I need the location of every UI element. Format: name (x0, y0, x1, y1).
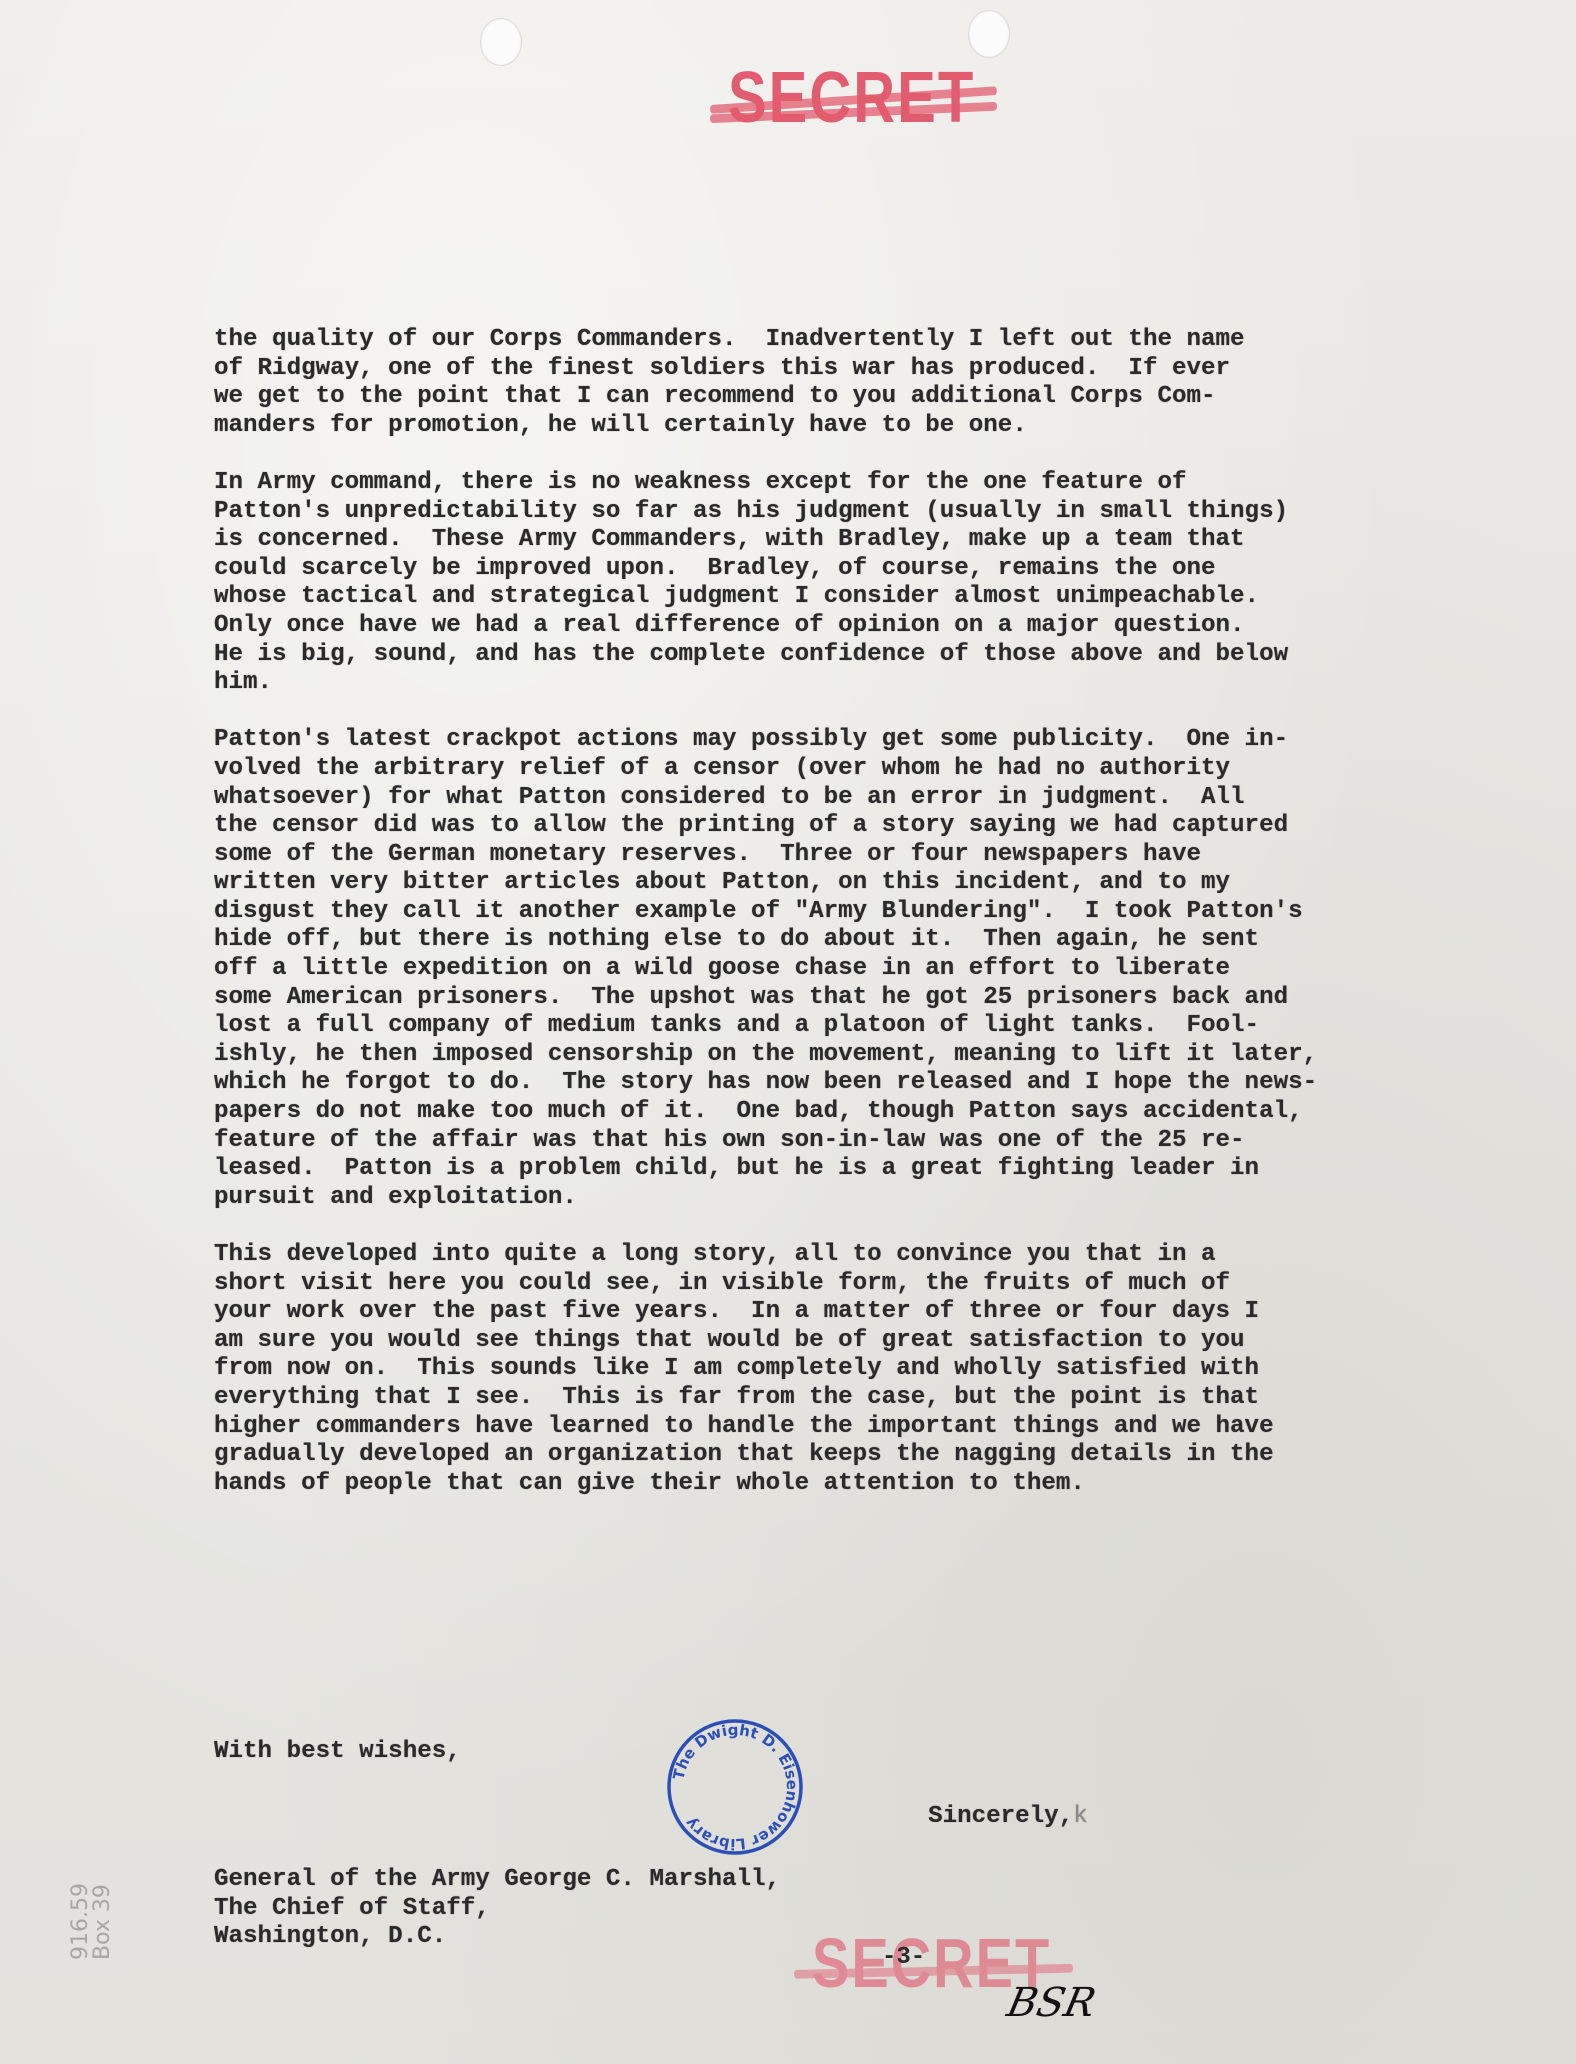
text-line: of Ridgway, one of the finest soldiers t… (214, 355, 1474, 384)
margin-note-line: 916.59 (70, 1883, 92, 1960)
addressee-block: General of the Army George C. Marshall,T… (214, 1866, 780, 1952)
text-line: whatsoever) for what Patton considered t… (214, 784, 1474, 813)
letter-body: the quality of our Corps Commanders. Ina… (214, 326, 1474, 1527)
text-line: from now on. This sounds like I am compl… (214, 1355, 1474, 1384)
pencil-margin-note: 916.59Box 39 (70, 1883, 114, 1960)
text-line: feature of the affair was that his own s… (214, 1127, 1474, 1156)
text-line: hands of people that can give their whol… (214, 1470, 1474, 1499)
text-line: written very bitter articles about Patto… (214, 869, 1474, 898)
closing-line: With best wishes, (214, 1738, 461, 1765)
page-number: -3- (882, 1944, 925, 1971)
text-line: papers do not make too much of it. One b… (214, 1098, 1474, 1127)
text-line: off a little expedition on a wild goose … (214, 955, 1474, 984)
paragraph: This developed into quite a long story, … (214, 1241, 1474, 1498)
text-line: leased. Patton is a problem child, but h… (214, 1155, 1474, 1184)
paragraph: the quality of our Corps Commanders. Ina… (214, 326, 1474, 440)
text-line: He is big, sound, and has the complete c… (214, 641, 1474, 670)
punch-hole (968, 10, 1010, 58)
library-seal-icon: The Dwight D. Eisenhower Library (664, 1716, 806, 1858)
text-line: Patton's latest crackpot actions may pos… (214, 726, 1474, 755)
text-line: This developed into quite a long story, … (214, 1241, 1474, 1270)
handwritten-initials: BSR (1003, 1980, 1100, 2026)
text-line: the quality of our Corps Commanders. Ina… (214, 326, 1474, 355)
text-line: him. (214, 669, 1474, 698)
text-line: hide off, but there is nothing else to d… (214, 926, 1474, 955)
text-line: could scarcely be improved upon. Bradley… (214, 555, 1474, 584)
text-line: whose tactical and strategical judgment … (214, 583, 1474, 612)
text-line: some of the German monetary reserves. Th… (214, 841, 1474, 870)
text-line: is concerned. These Army Commanders, wit… (214, 526, 1474, 555)
text-line: your work over the past five years. In a… (214, 1298, 1474, 1327)
text-line: gradually developed an organization that… (214, 1441, 1474, 1470)
text-line: manders for promotion, he will certainly… (214, 412, 1474, 441)
signoff-mark: k (1073, 1803, 1088, 1830)
text-line: we get to the point that I can recommend… (214, 383, 1474, 412)
signoff-text: Sincerely, (928, 1803, 1073, 1830)
signoff: Sincerely,k (870, 1776, 1088, 1857)
text-line: Only once have we had a real difference … (214, 612, 1474, 641)
text-line: the censor did was to allow the printing… (214, 812, 1474, 841)
text-line: pursuit and exploitation. (214, 1184, 1474, 1213)
text-line: short visit here you could see, in visib… (214, 1270, 1474, 1299)
document-page: SECRET the quality of our Corps Commande… (0, 0, 1576, 2064)
classification-stamp-top: SECRET (728, 56, 975, 140)
punch-hole (480, 18, 522, 66)
paragraph: In Army command, there is no weakness ex… (214, 469, 1474, 698)
text-line: disgust they call it another example of … (214, 898, 1474, 927)
text-line: everything that I see. This is far from … (214, 1384, 1474, 1413)
addressee-line: Washington, D.C. (214, 1923, 780, 1952)
text-line: higher commanders have learned to handle… (214, 1413, 1474, 1442)
text-line: which he forgot to do. The story has now… (214, 1069, 1474, 1098)
text-line: lost a full company of medium tanks and … (214, 1012, 1474, 1041)
text-line: In Army command, there is no weakness ex… (214, 469, 1474, 498)
text-line: Patton's unpredictability so far as his … (214, 498, 1474, 527)
paragraph: Patton's latest crackpot actions may pos… (214, 726, 1474, 1212)
text-line: volved the arbitrary relief of a censor … (214, 755, 1474, 784)
addressee-line: General of the Army George C. Marshall, (214, 1866, 780, 1895)
margin-note-line: Box 39 (92, 1883, 114, 1960)
text-line: am sure you would see things that would … (214, 1327, 1474, 1356)
text-line: some American prisoners. The upshot was … (214, 984, 1474, 1013)
text-line: ishly, he then imposed censorship on the… (214, 1041, 1474, 1070)
addressee-line: The Chief of Staff, (214, 1895, 780, 1924)
